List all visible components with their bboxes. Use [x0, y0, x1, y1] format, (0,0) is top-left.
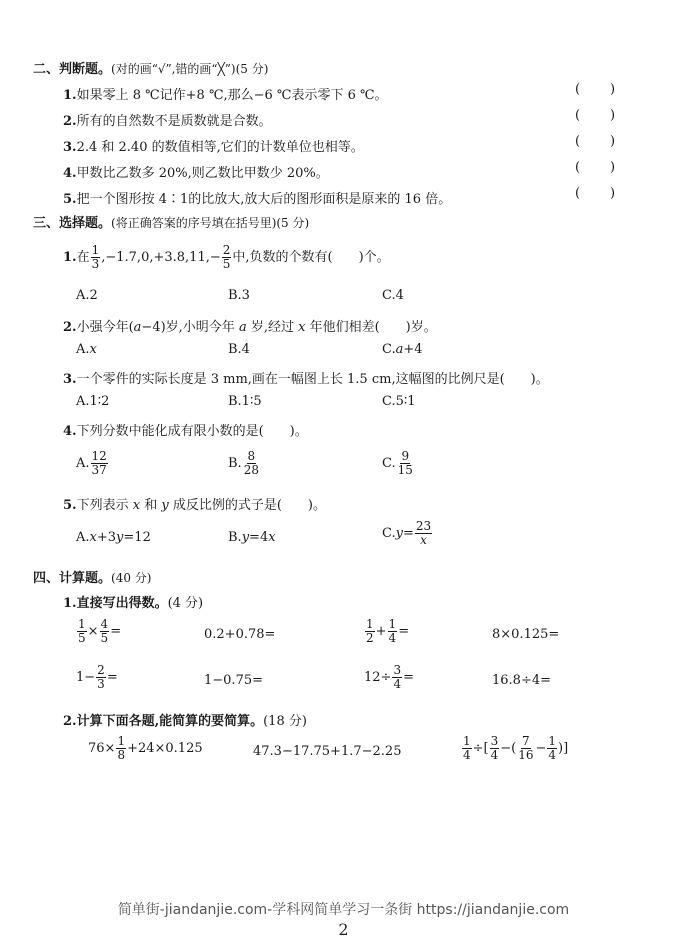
variable: y — [242, 530, 249, 545]
calc-r1-c1: 15×45= — [76, 618, 121, 645]
judge-item-2: 2.所有的自然数不是质数就是合数。 — [63, 110, 272, 129]
denominator: 2 — [365, 632, 375, 645]
option-prefix: A. — [76, 342, 90, 357]
denominator: 5 — [222, 258, 232, 271]
text: +4 — [403, 342, 422, 357]
judge-item-5: 5.把一个图形按 4∶1的比放大,放大后的图形面积是原来的 16 倍。 — [63, 188, 451, 207]
item-number: 4. — [63, 424, 77, 439]
denominator: x — [419, 534, 428, 547]
numerator: 1 — [77, 618, 87, 632]
numerator: 2 — [222, 244, 232, 258]
answer-paren-left: ( — [575, 108, 580, 123]
numerator: 3 — [490, 735, 500, 749]
denominator: 5 — [77, 632, 87, 645]
fraction: 45 — [100, 618, 110, 645]
numerator: 7 — [521, 735, 531, 749]
calc-sub2-title: 2.计算下面各题,能简算的要简算。(18 分) — [63, 710, 307, 729]
calc-r1-c4: 8×0.125= — [492, 627, 559, 642]
item-text: 2.4 和 2.40 的数值相等,它们的计数单位也相等。 — [77, 140, 364, 155]
answer-paren-left: ( — [575, 160, 580, 175]
denominator: 37 — [91, 464, 108, 477]
item-number: 5. — [63, 498, 77, 513]
item-text: 所有的自然数不是质数就是合数。 — [77, 114, 272, 129]
option-a: A.x+3y=12 — [76, 530, 151, 545]
equals: = — [403, 670, 414, 685]
option-b: B.1∶5 — [228, 394, 262, 409]
calc-r1-c2: 0.2+0.78= — [204, 627, 275, 642]
answer-paren-right: ) — [610, 160, 615, 175]
fraction: 15 — [77, 618, 87, 645]
numerator: 1 — [547, 735, 557, 749]
calc-r2-c3: 12÷34= — [364, 664, 414, 691]
calc-expr-3: 14÷[34−(716−14)] — [461, 735, 568, 762]
section-note: (对的画“√”,错的画“╳”)(5 分) — [111, 62, 268, 76]
answer-paren-left: ( — [575, 134, 580, 149]
numerator: 3 — [392, 664, 402, 678]
answer-paren-right: ) — [610, 108, 615, 123]
text: 年他们相差( )岁。 — [305, 320, 436, 335]
choice-q3: 3.一个零件的实际长度是 3 mm,画在一幅图上长 1.5 cm,这幅图的比例尺… — [63, 368, 549, 387]
judge-item-3: 3.2.4 和 2.40 的数值相等,它们的计数单位也相等。 — [63, 136, 364, 155]
item-number: 4. — [63, 166, 77, 181]
calc-r1-c3: 12+14= — [364, 618, 409, 645]
numerator: 1 — [388, 618, 398, 632]
text: 在 — [77, 250, 90, 265]
text: 76× — [88, 741, 115, 756]
denominator: 4 — [462, 749, 472, 762]
fraction: 13 — [91, 244, 101, 271]
section-title-text: 四、计算题。 — [33, 571, 111, 586]
item-number: 2. — [63, 320, 77, 335]
text: 一个零件的实际长度是 3 mm,画在一幅图上长 1.5 cm,这幅图的比例尺是(… — [77, 372, 549, 387]
fraction: 34 — [490, 735, 500, 762]
section-note: (将正确答案的序号填在括号里)(5 分) — [111, 216, 309, 230]
item-number: 3. — [63, 372, 77, 387]
numerator: 1 — [462, 735, 472, 749]
fraction: 14 — [547, 735, 557, 762]
option-a: A.1∶2 — [76, 394, 109, 409]
variable: y — [396, 526, 403, 541]
option-a: A.x — [76, 342, 97, 357]
option-a: A.2 — [76, 288, 98, 303]
text: ÷[ — [473, 741, 489, 756]
fraction: 1237 — [91, 450, 108, 477]
subsection-title: 1.直接写出得数。 — [63, 596, 168, 611]
item-number: 1. — [63, 88, 77, 103]
item-number: 3. — [63, 140, 77, 155]
section-note: (40 分) — [111, 571, 151, 585]
denominator: 28 — [243, 464, 260, 477]
text: =12 — [123, 530, 150, 545]
subsection-note: (18 分) — [263, 714, 307, 729]
text: )] — [558, 741, 568, 756]
operator: × — [88, 624, 99, 639]
text: − — [536, 741, 547, 756]
denominator: 15 — [397, 464, 414, 477]
calc-r2-c4: 16.8÷4= — [492, 673, 551, 688]
subsection-note: (4 分) — [168, 596, 204, 611]
denominator: 4 — [388, 632, 398, 645]
section-4-title: 四、计算题。(40 分) — [33, 567, 151, 586]
denominator: 3 — [96, 678, 106, 691]
answer-paren-right: ) — [610, 186, 615, 201]
fraction: 12 — [365, 618, 375, 645]
fraction: 34 — [392, 664, 402, 691]
text: 1− — [76, 670, 95, 685]
numerator: 9 — [400, 450, 410, 464]
numerator: 1 — [91, 244, 101, 258]
numerator: 12 — [91, 450, 108, 464]
denominator: 5 — [100, 632, 110, 645]
option-b: B.y=4x — [228, 530, 276, 545]
item-number: 5. — [63, 192, 77, 207]
equals: = — [110, 624, 121, 639]
item-number: 2. — [63, 114, 77, 129]
option-prefix: B. — [228, 530, 242, 545]
item-text: 如果零上 8 ℃记作+8 ℃,那么−6 ℃表示零下 6 ℃。 — [77, 88, 388, 103]
fraction: 716 — [517, 735, 534, 762]
fraction: 23 — [96, 664, 106, 691]
footer-watermark: 简单街-jiandanjie.com-学科网简单学习一条街 https://ji… — [0, 899, 687, 919]
section-3-title: 三、选择题。(将正确答案的序号填在括号里)(5 分) — [33, 212, 309, 231]
text: ,−1.7,0,+3.8,11,− — [101, 250, 221, 265]
text: =4 — [249, 530, 268, 545]
section-title-text: 二、判断题。 — [33, 62, 111, 77]
judge-item-1: 1.如果零上 8 ℃记作+8 ℃,那么−6 ℃表示零下 6 ℃。 — [63, 84, 388, 103]
variable: y — [161, 498, 168, 513]
fraction: 828 — [243, 450, 260, 477]
text: 成反比例的式子是( )。 — [169, 498, 326, 513]
numerator: 1 — [116, 735, 126, 749]
option-b: B.828 — [228, 450, 261, 477]
text: −( — [500, 741, 516, 756]
subsection-title: 2.计算下面各题,能简算的要简算。 — [63, 714, 263, 729]
option-c: C.4 — [382, 288, 404, 303]
numerator: 8 — [247, 450, 257, 464]
calc-expr-2: 47.3−17.75+1.7−2.25 — [253, 744, 401, 759]
calc-r2-c1: 1−23= — [76, 664, 118, 691]
denominator: 16 — [517, 749, 534, 762]
option-b: B.3 — [228, 288, 250, 303]
option-c: C.5∶1 — [382, 394, 416, 409]
equals: = — [398, 624, 409, 639]
text: +3 — [97, 530, 116, 545]
text: 12÷ — [364, 670, 391, 685]
fraction: 18 — [116, 735, 126, 762]
option-b: B.4 — [228, 342, 250, 357]
option-prefix: B.4 — [228, 342, 250, 357]
item-text: 甲数比乙数多 20%,则乙数比甲数少 20%。 — [77, 166, 329, 181]
variable: x — [90, 342, 97, 357]
section-title-text: 三、选择题。 — [33, 216, 111, 231]
numerator: 4 — [100, 618, 110, 632]
option-c: C.a+4 — [382, 342, 423, 357]
text: 小强今年( — [77, 320, 134, 335]
answer-paren-left: ( — [575, 82, 580, 97]
text: = — [403, 526, 414, 541]
fraction: 25 — [222, 244, 232, 271]
fraction: 14 — [388, 618, 398, 645]
fraction: 14 — [462, 735, 472, 762]
text: 下列表示 — [77, 498, 133, 513]
denominator: 4 — [490, 749, 500, 762]
calc-r2-c2: 1−0.75= — [204, 673, 263, 688]
text: 下列分数中能化成有限小数的是( )。 — [77, 424, 308, 439]
choice-q5: 5.下列表示 x 和 y 成反比例的式子是( )。 — [63, 494, 326, 513]
fraction: 23x — [415, 520, 432, 547]
answer-paren-left: ( — [575, 186, 580, 201]
item-text: 把一个图形按 4∶1的比放大,放大后的图形面积是原来的 16 倍。 — [77, 192, 452, 207]
numerator: 23 — [415, 520, 432, 534]
option-prefix: C. — [382, 526, 396, 541]
variable: a — [239, 320, 247, 335]
denominator: 4 — [547, 749, 557, 762]
denominator: 4 — [392, 678, 402, 691]
option-prefix: A. — [76, 456, 90, 471]
text: 和 — [140, 498, 161, 513]
calc-expr-1: 76×18+24×0.125 — [88, 735, 203, 762]
denominator: 8 — [116, 749, 126, 762]
choice-q4: 4.下列分数中能化成有限小数的是( )。 — [63, 420, 308, 439]
judge-item-4: 4.甲数比乙数多 20%,则乙数比甲数少 20%。 — [63, 162, 329, 181]
variable: x — [133, 498, 140, 513]
answer-paren-right: ) — [610, 134, 615, 149]
denominator: 3 — [91, 258, 101, 271]
variable: x — [90, 530, 97, 545]
calc-sub1-title: 1.直接写出得数。(4 分) — [63, 592, 203, 611]
choice-q2: 2.小强今年(a−4)岁,小明今年 a 岁,经过 x 年他们相差( )岁。 — [63, 316, 437, 335]
text: 中,负数的个数有( )个。 — [232, 250, 389, 265]
answer-paren-right: ) — [610, 82, 615, 97]
operator: + — [376, 624, 387, 639]
option-prefix: A. — [76, 530, 90, 545]
text: −4)岁,小明今年 — [141, 320, 239, 335]
item-number: 1. — [63, 250, 77, 265]
option-a: A.1237 — [76, 450, 109, 477]
text: +24×0.125 — [127, 741, 203, 756]
numerator: 2 — [96, 664, 106, 678]
page-number: 2 — [0, 920, 687, 939]
option-prefix: B. — [228, 456, 242, 471]
option-prefix: C. — [382, 456, 396, 471]
option-c: C.y=23x — [382, 520, 433, 547]
option-prefix: C. — [382, 342, 396, 357]
choice-q1: 1.在13,−1.7,0,+3.8,11,−25中,负数的个数有( )个。 — [63, 244, 390, 271]
variable: x — [268, 530, 275, 545]
text: 岁,经过 — [247, 320, 298, 335]
option-c: C.915 — [382, 450, 415, 477]
fraction: 915 — [397, 450, 414, 477]
numerator: 1 — [365, 618, 375, 632]
equals: = — [107, 670, 118, 685]
section-2-title: 二、判断题。(对的画“√”,错的画“╳”)(5 分) — [33, 58, 268, 77]
